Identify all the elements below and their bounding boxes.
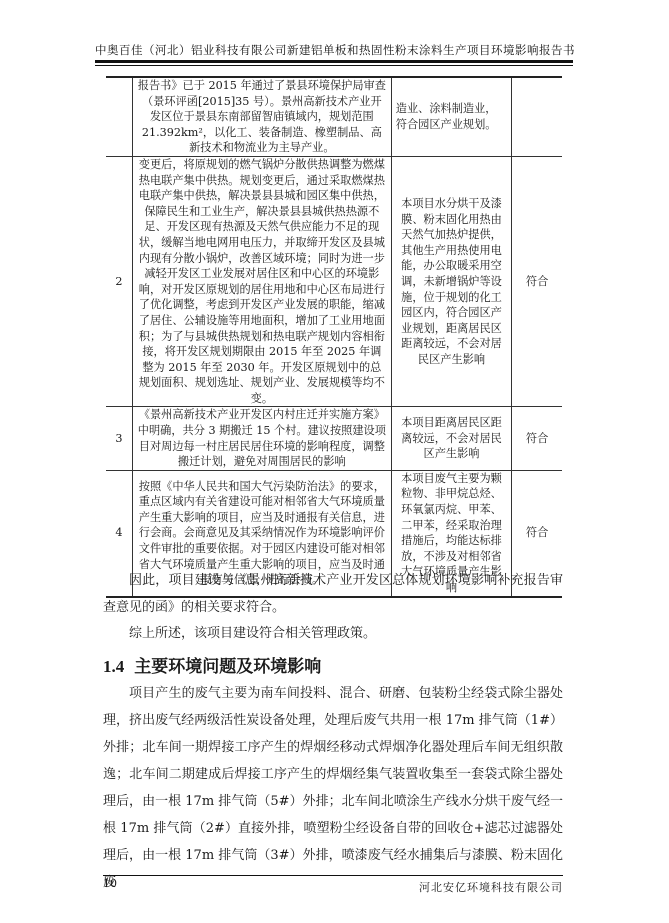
result-cell: 符合 (512, 156, 562, 407)
row-number: 2 (106, 156, 132, 407)
section-title-text: 主要环境问题及环境影响 (134, 657, 321, 677)
table-row: 报告书》已于 2015 年通过了景县环境保护局审查（景环评函[2015]35 号… (106, 77, 562, 156)
project-status-cell: 本项目水分烘干及漆膜、粉末固化用热由天然气加热炉提供，其他生产用热使用电能，办公… (391, 156, 511, 407)
requirement-cell: 《景州高新技术产业开发区内村庄迁并实施方案》中明确，共分 3 期搬迁 15 个村… (132, 407, 391, 470)
page-number: 10 (103, 877, 117, 890)
row-number: 3 (106, 407, 132, 470)
result-cell: 符合 (512, 407, 562, 470)
compliance-table: 报告书》已于 2015 年通过了景县环境保护局审查（景环评函[2015]35 号… (106, 76, 562, 598)
requirement-cell: 变更后，将原规划的燃气锅炉分散供热调整为燃煤热电联产集中供热。规划变更后，通过采… (132, 156, 391, 407)
summary-paragraph: 综上所述，该项目建设符合相关管理政策。 (103, 620, 563, 647)
footer-company: 河北安亿环境科技有限公司 (419, 879, 563, 895)
header-rule-thick (95, 60, 573, 63)
requirement-cell: 报告书》已于 2015 年通过了景县环境保护局审查（景环评函[2015]35 号… (132, 77, 391, 156)
page-header-title: 中奥百佳（河北）铝业科技有限公司新建铝单板和热固性粉末涂料生产项目环境影响报告书 (95, 42, 573, 58)
table-row: 3 《景州高新技术产业开发区内村庄迁并实施方案》中明确，共分 3 期搬迁 15 … (106, 407, 562, 470)
section-heading: 1.4主要环境问题及环境影响 (103, 652, 321, 677)
section-number: 1.4 (103, 657, 124, 676)
result-cell (512, 77, 562, 156)
emissions-paragraph: 项目产生的废气主要为南车间投料、混合、研磨、包装粉尘经袋式除尘器处理，挤出废气经… (103, 680, 563, 896)
header-rule-thin (95, 65, 573, 66)
project-status-cell: 本项目距离居民区距离较远，不会对居民区产生影响 (391, 407, 511, 470)
table-row: 2 变更后，将原规划的燃气锅炉分散供热调整为燃煤热电联产集中供热。规划变更后，通… (106, 156, 562, 407)
row-number (106, 77, 132, 156)
footer-rule (103, 875, 563, 876)
conclusion-paragraph: 因此，项目建设与《景州高新技术产业开发区总体规划环境影响补充报告审查意见的函》的… (103, 567, 563, 621)
project-status-cell: 造业、涂料制造业，符合园区产业规划。 (391, 77, 511, 156)
